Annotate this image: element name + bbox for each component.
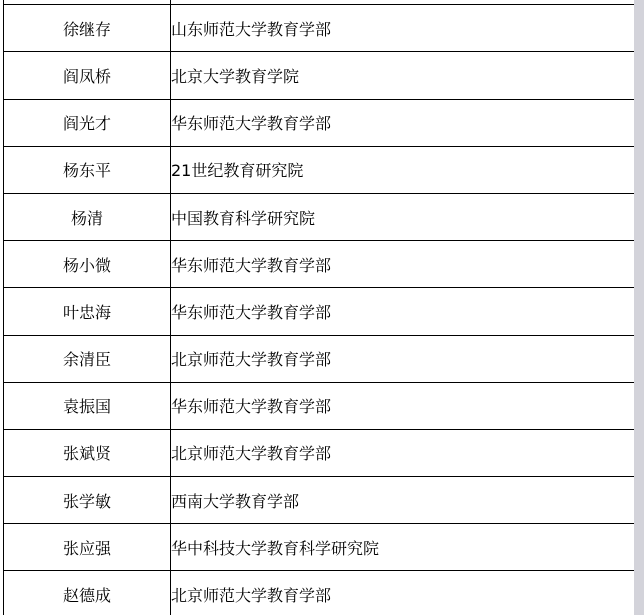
experts-table-body: 徐继存山东师范大学教育学部阎凤桥北京大学教育学院阎光才华东师范大学教育学部杨东平…: [4, 0, 637, 615]
experts-table: 徐继存山东师范大学教育学部阎凤桥北京大学教育学院阎光才华东师范大学教育学部杨东平…: [3, 0, 637, 615]
expert-institution: 中国教育科学研究院: [171, 193, 637, 240]
expert-institution: 华中科技大学教育科学研究院: [171, 524, 637, 571]
table-row: 阎光才华东师范大学教育学部: [4, 99, 637, 146]
expert-institution: 华东师范大学教育学部: [171, 241, 637, 288]
expert-name: 阎光才: [4, 99, 171, 146]
expert-institution: 华东师范大学教育学部: [171, 288, 637, 335]
expert-name: 余清臣: [4, 335, 171, 382]
table-row: 杨小微华东师范大学教育学部: [4, 241, 637, 288]
expert-institution: 北京师范大学教育学部: [171, 571, 637, 615]
page-viewport: 徐继存山东师范大学教育学部阎凤桥北京大学教育学院阎光才华东师范大学教育学部杨东平…: [0, 0, 644, 615]
expert-name: 杨东平: [4, 146, 171, 193]
expert-institution: 21世纪教育研究院: [171, 146, 637, 193]
expert-institution: 北京师范大学教育学部: [171, 429, 637, 476]
expert-institution: 华东师范大学教育学部: [171, 382, 637, 429]
table-row: 张斌贤北京师范大学教育学部: [4, 429, 637, 476]
expert-name: 阎凤桥: [4, 52, 171, 99]
table-row: 张应强华中科技大学教育科学研究院: [4, 524, 637, 571]
table-row: 杨清中国教育科学研究院: [4, 193, 637, 240]
table-row: 赵德成北京师范大学教育学部: [4, 571, 637, 615]
expert-institution: 北京大学教育学院: [171, 52, 637, 99]
table-row: 余清臣北京师范大学教育学部: [4, 335, 637, 382]
table-row: 袁振国华东师范大学教育学部: [4, 382, 637, 429]
expert-institution: 华东师范大学教育学部: [171, 99, 637, 146]
table-row: 徐继存山东师范大学教育学部: [4, 5, 637, 52]
expert-name: 杨小微: [4, 241, 171, 288]
expert-name: 杨清: [4, 193, 171, 240]
expert-name: 袁振国: [4, 382, 171, 429]
expert-institution: 北京师范大学教育学部: [171, 335, 637, 382]
table-row: 叶忠海华东师范大学教育学部: [4, 288, 637, 335]
table-row: 阎凤桥北京大学教育学院: [4, 52, 637, 99]
expert-name: 张斌贤: [4, 429, 171, 476]
scrollbar-track[interactable]: [634, 0, 644, 615]
expert-name: 赵德成: [4, 571, 171, 615]
expert-institution: 山东师范大学教育学部: [171, 5, 637, 52]
table-row: 杨东平21世纪教育研究院: [4, 146, 637, 193]
table-row: 张学敏西南大学教育学部: [4, 477, 637, 524]
expert-name: 张学敏: [4, 477, 171, 524]
expert-institution: 西南大学教育学部: [171, 477, 637, 524]
expert-name: 张应强: [4, 524, 171, 571]
expert-name: 徐继存: [4, 5, 171, 52]
expert-name: 叶忠海: [4, 288, 171, 335]
